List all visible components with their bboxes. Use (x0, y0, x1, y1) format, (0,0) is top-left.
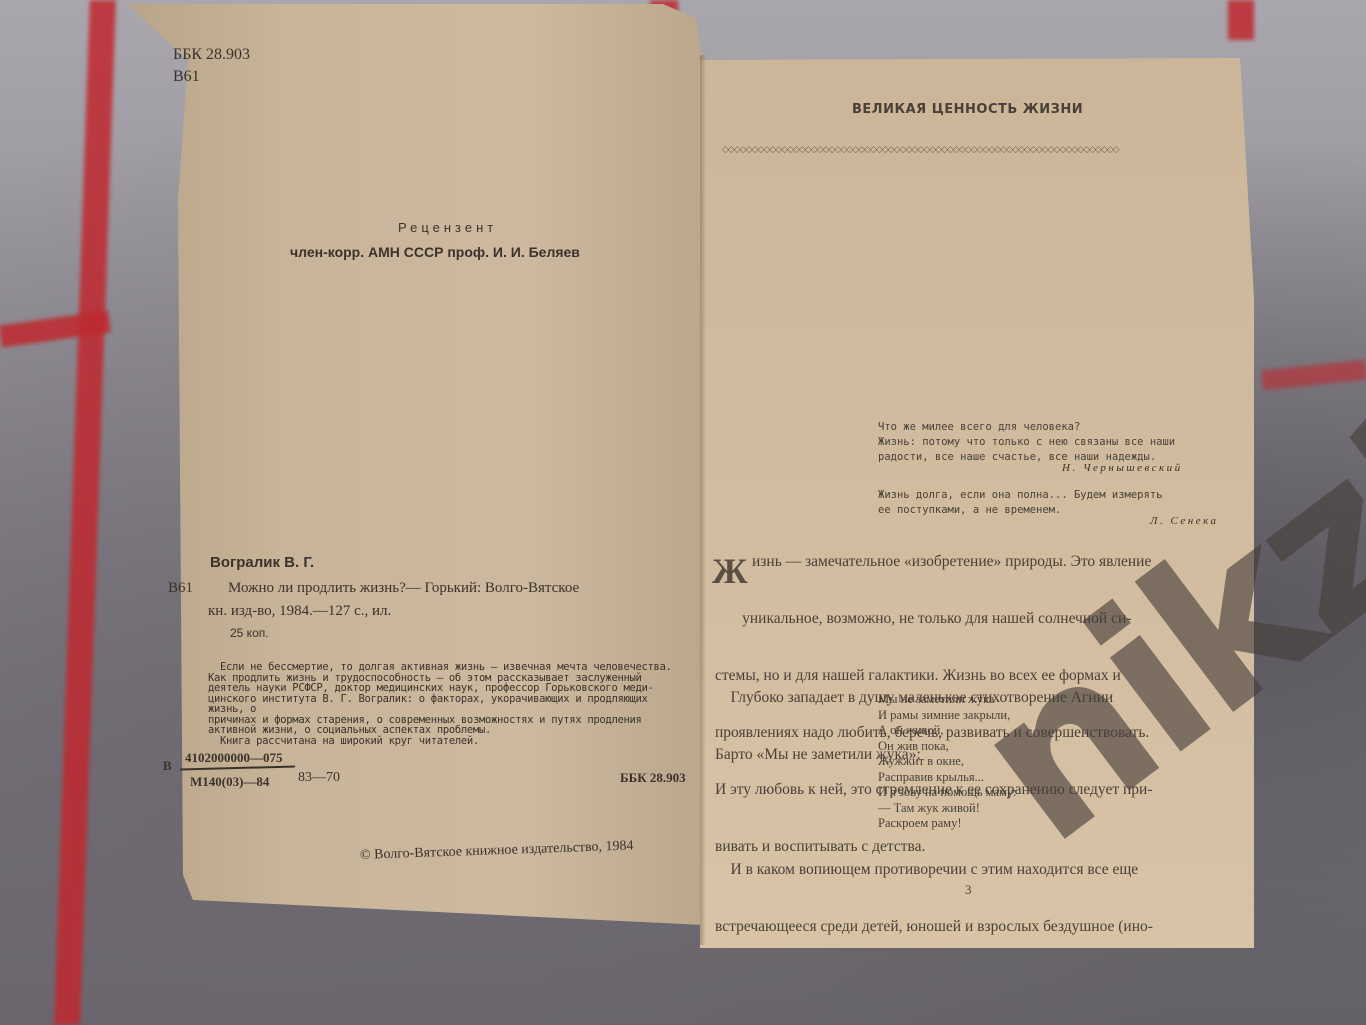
price: 25 коп. (230, 626, 269, 640)
bib-description-line1: Можно ли продлить жизнь?— Горький: Волго… (228, 580, 579, 597)
annotation-line: Если не бессмертие, то долгая активная ж… (208, 662, 688, 673)
epigraph-1-author: Н. Чернышевский (1062, 462, 1183, 474)
bbk-code: ББК 28.903 (173, 44, 250, 66)
epigraph-line: ее поступками, а не временем. (878, 503, 1162, 518)
epigraph-line: Жизнь долга, если она полна... Будем изм… (878, 488, 1162, 503)
blanket-stripe (1228, 0, 1254, 40)
blanket-stripe (54, 0, 116, 1025)
author-heading: Вогралик В. Г. (210, 554, 314, 571)
annotation: Если не бессмертие, то долгая активная ж… (208, 662, 688, 746)
reviewer-label: Рецензент (398, 220, 497, 235)
annotation-line: цинского института В. Г. Вогралик: о фак… (208, 694, 688, 715)
page-number: 3 (965, 882, 972, 898)
annotation-line: Книга рассчитана на широкий круг читател… (208, 736, 688, 747)
bbk-classification: ББК 28.903 В61 (173, 44, 250, 88)
reviewer-name: член-корр. АМН СССР проф. И. И. Беляев (290, 244, 580, 260)
isbn-suffix: 83—70 (298, 770, 340, 786)
call-number: В61 (173, 66, 250, 88)
annotation-line: деятель науки РСФСР, доктор медицинских … (208, 683, 688, 694)
poem-line: И я зову на помощь маму: (878, 785, 1017, 801)
bib-description-line2: кн. изд-во, 1984.—127 с., ил. (208, 603, 391, 620)
poem-line: — Там жук живой! (878, 801, 1017, 817)
book-gutter (700, 55, 706, 945)
isbn-prefix: В (163, 758, 172, 774)
ornament-divider: ◇◇◇◇◇◇◇◇◇◇◇◇◇◇◇◇◇◇◇◇◇◇◇◇◇◇◇◇◇◇◇◇◇◇◇◇◇◇◇◇… (722, 145, 1192, 155)
epigraph-line: Жизнь: потому что только с нею связаны в… (878, 435, 1175, 450)
epigraph-line: Что же милее всего для человека? (878, 420, 1175, 435)
annotation-line: активной жизни, о социальных аспектах пр… (208, 725, 688, 736)
isbn-denominator: М140(03)—84 (190, 774, 269, 790)
body-line: встречающееся среди детей, юношей и взро… (715, 917, 1153, 936)
bib-code: В61 (168, 580, 193, 597)
bbk-bottom: ББК 28.903 (620, 770, 686, 786)
chapter-title: ВЕЛИКАЯ ЦЕННОСТЬ ЖИЗНИ (852, 102, 1083, 117)
isbn-numerator: 4102000000—075 (185, 750, 283, 766)
epigraph-2: Жизнь долга, если она полна... Будем изм… (878, 488, 1162, 518)
epigraph-1: Что же милее всего для человека? Жизнь: … (878, 420, 1175, 465)
